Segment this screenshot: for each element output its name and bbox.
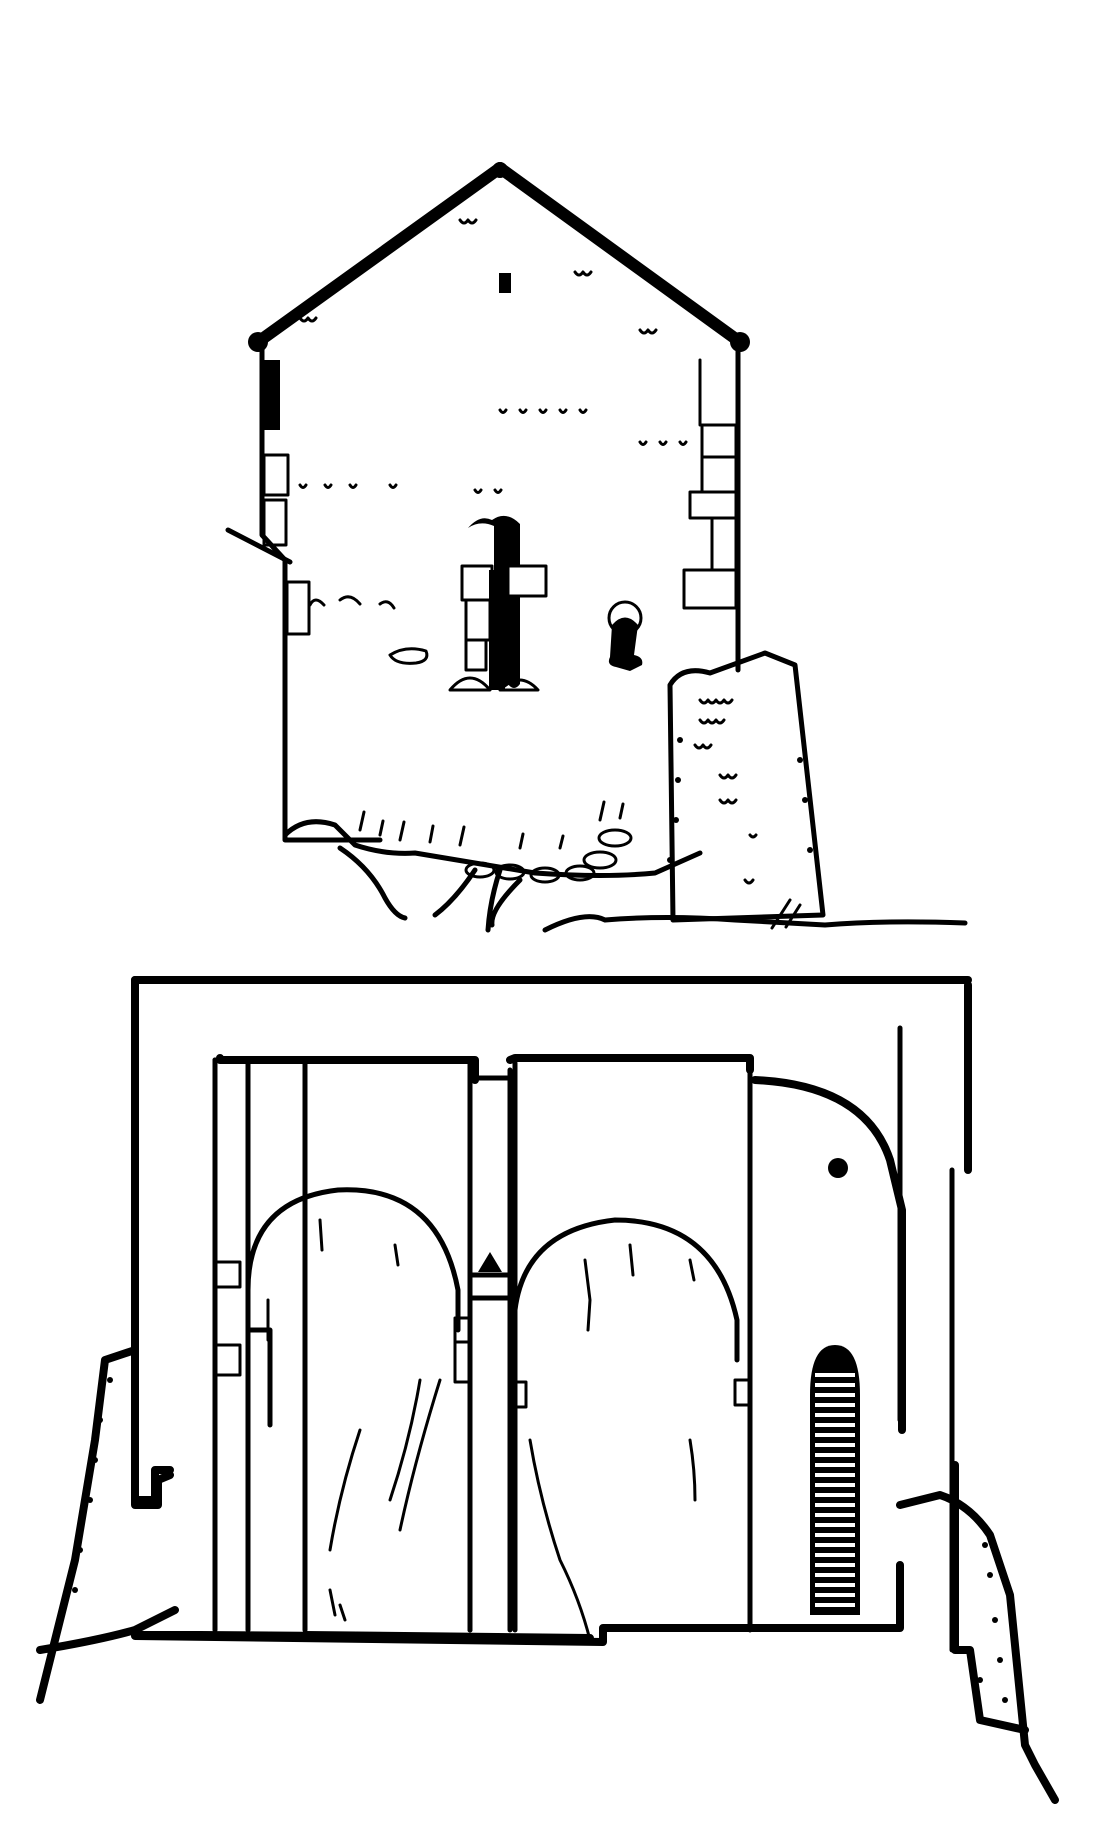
tower-elevation (228, 162, 965, 930)
tower-wall (228, 273, 738, 840)
round-arch-left (248, 1190, 469, 1620)
central-pier (470, 1070, 510, 1630)
slit-window (390, 516, 546, 690)
gable-roof (248, 162, 750, 352)
vault-chamber-left (215, 1058, 475, 1630)
rock-foundation (285, 802, 965, 930)
side-rock-right (900, 1465, 1055, 1800)
tower-house-drawing (0, 0, 1099, 1832)
wall-stones-left (264, 360, 280, 430)
round-arch-right (515, 1220, 749, 1640)
basement-section (40, 980, 1055, 1800)
stair-niche (810, 1345, 860, 1615)
buttress (667, 653, 823, 928)
vault-chamber-right (510, 1058, 750, 1630)
side-rock-left (40, 1350, 175, 1700)
small-opening (609, 602, 642, 671)
